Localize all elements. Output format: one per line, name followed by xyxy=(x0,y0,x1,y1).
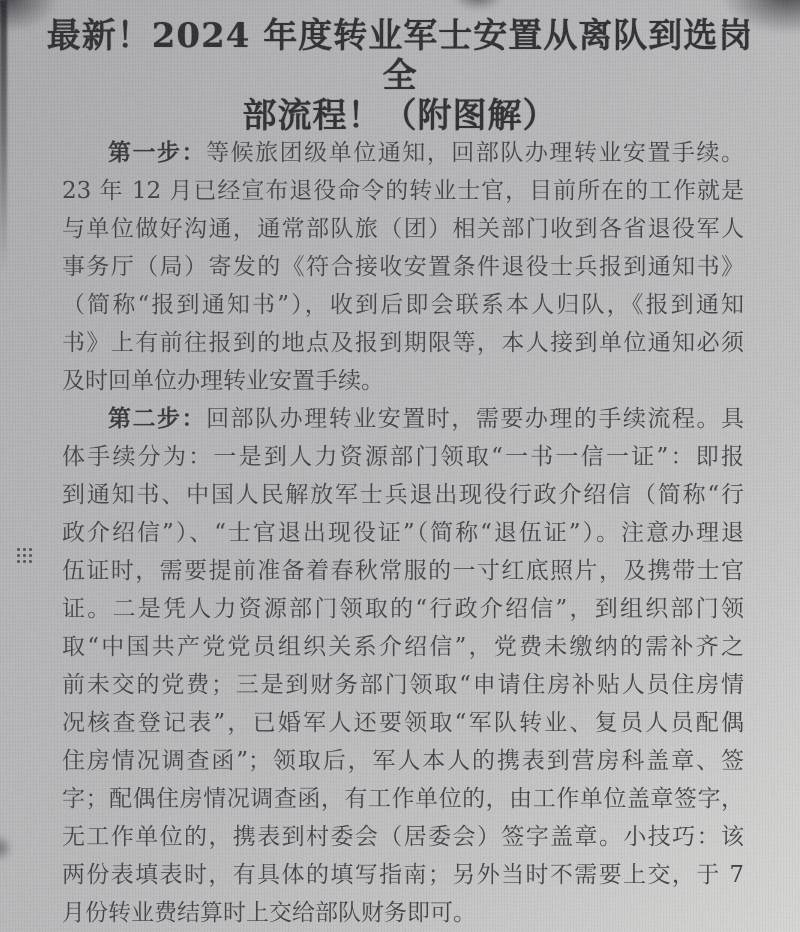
text-line: 前未交的党费；三是到财务部门领取“申请住房补贴人员住房情 xyxy=(62,666,744,704)
text-line: 书》上有前往报到的地点及报到期限等，本人接到单位通知必须 xyxy=(62,324,744,362)
text-line: 月份转业费结算时上交给部队财务即可。 xyxy=(62,894,744,932)
step-2-label: 第二步： xyxy=(108,405,206,432)
text-run: 回部队办理转业安置时，需要办理的手续流程。具 xyxy=(206,406,744,432)
document-body: 第一步：等候旅团级单位通知，回部队办理转业安置手续。 23 年 12 月已经宣布… xyxy=(62,134,744,932)
text-line: 第二步：回部队办理转业安置时，需要办理的手续流程。具 xyxy=(62,400,744,438)
text-line: 字；配偶住房情况调查函，有工作单位的，由工作单位盖章签字， xyxy=(62,780,744,818)
title-line-1: 最新！2024 年度转业军士安置从离队到选岗全 xyxy=(40,16,760,96)
text-line: 及时回单位办理转业安置手续。 xyxy=(62,362,744,400)
paragraph-step-2: 第二步：回部队办理转业安置时，需要办理的手续流程。具 体手续分为：一是到人力资源… xyxy=(62,400,744,932)
text-line: 事务厅（局）寄发的《符合接收安置条件退役士兵报到通知书》 xyxy=(62,248,744,286)
document-title: 最新！2024 年度转业军士安置从离队到选岗全 部流程！（附图解） xyxy=(40,16,760,136)
text-line: 住房情况调查函”；领取后，军人本人的携表到营房科盖章、签 xyxy=(62,742,744,780)
document-content: 最新！2024 年度转业军士安置从离队到选岗全 部流程！（附图解） 第一步：等候… xyxy=(0,0,800,932)
text-line: 23 年 12 月已经宣布退役命令的转业士官，目前所在的工作就是 xyxy=(62,172,744,210)
paragraph-step-1: 第一步：等候旅团级单位通知，回部队办理转业安置手续。 23 年 12 月已经宣布… xyxy=(62,134,744,400)
text-line: 政介绍信”）、“士官退出现役证”（简称“退伍证”）。注意办理退 xyxy=(62,514,744,552)
text-line: 第一步：等候旅团级单位通知，回部队办理转业安置手续。 xyxy=(62,134,744,172)
text-line: 取“中国共产党党员组织关系介绍信”，党费未缴纳的需补齐之 xyxy=(62,628,744,666)
text-line: 到通知书、中国人民解放军士兵退出现役行政介绍信（简称“行 xyxy=(62,476,744,514)
text-line: （简称“报到通知书”），收到后即会联系本人归队，《报到通知 xyxy=(62,286,744,324)
text-line: 无工作单位的，携表到村委会（居委会）签字盖章。小技巧：该 xyxy=(62,818,744,856)
document-page: 最新！2024 年度转业军士安置从离队到选岗全 部流程！（附图解） 第一步：等候… xyxy=(0,0,800,932)
text-line: 证。二是凭人力资源部门领取的“行政介绍信”，到组织部门领 xyxy=(62,590,744,628)
text-run: 等候旅团级单位通知，回部队办理转业安置手续。 xyxy=(206,140,744,166)
text-line: 伍证时，需要提前准备着春秋常服的一寸红底照片，及携带士官 xyxy=(62,552,744,590)
text-line: 体手续分为：一是到人力资源部门领取“一书一信一证”：即报 xyxy=(62,438,744,476)
step-1-label: 第一步： xyxy=(108,139,206,166)
text-line: 况核查登记表”，已婚军人还要领取“军队转业、复员人员配偶 xyxy=(62,704,744,742)
text-line: 与单位做好沟通，通常部队旅（团）相关部门收到各省退役军人 xyxy=(62,210,744,248)
text-line: 两份表填表时，有具体的填写指南；另外当时不需要上交，于 7 xyxy=(62,856,744,894)
title-line-2: 部流程！（附图解） xyxy=(40,96,760,136)
